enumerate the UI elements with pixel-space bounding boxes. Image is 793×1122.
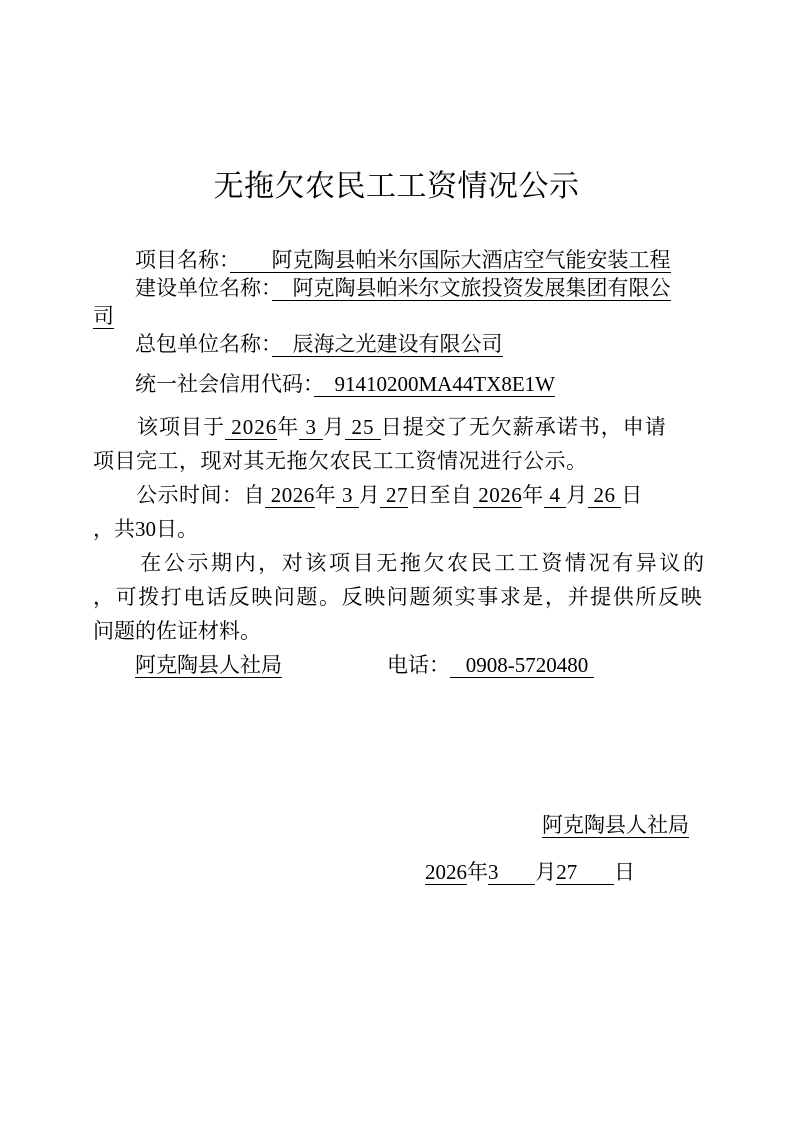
text-segment: 统一社会信用代码： xyxy=(93,372,314,396)
underlined-field: 司 xyxy=(93,304,114,329)
underlined-field: 25 xyxy=(345,415,381,440)
text-segment: 公示时间：自 xyxy=(93,483,265,507)
text-segment: ，共30日。 xyxy=(93,517,198,541)
text-segment: 项目名称： xyxy=(93,248,230,272)
text-segment: 电话： xyxy=(387,653,450,677)
objection-line-3: 问题的佐证材料。 xyxy=(93,614,700,648)
text-segment: 问题的佐证材料。 xyxy=(93,619,261,643)
underlined-field: 3 xyxy=(299,415,323,440)
underlined-field: 2026 xyxy=(473,483,523,508)
submission-line: 该项目于 2026年 3 月 25 日提交了无欠薪承诺书，申请 xyxy=(93,410,700,444)
document-title: 无拖欠农民工工资情况公示 xyxy=(0,0,793,203)
text-segment: 月 xyxy=(323,415,345,439)
text-segment xyxy=(93,653,135,677)
publicity-period-wrap-line: ，共30日。 xyxy=(93,512,700,546)
underlined-field: 3 xyxy=(488,860,535,885)
signature-date: 2026年3 月27 日 xyxy=(93,855,700,889)
publicity-period-line: 公示时间：自 2026年 3 月 27日至自 2026年 4 月 26 日 xyxy=(93,478,700,512)
text-segment: 日 xyxy=(621,483,643,507)
builder-name-line: 建设单位名称： 阿克陶县帕米尔文旅投资发展集团有限公 xyxy=(93,274,700,302)
objection-line-1: 在公示期内，对该项目无拖欠农民工工资情况有异议的 xyxy=(93,546,700,580)
signature-org: 阿克陶县人社局 xyxy=(542,813,689,838)
builder-name-wrap-line: 司 xyxy=(93,302,700,330)
text-segment: 在公示期内，对该项目无拖欠农民工工资情况有异议的 xyxy=(93,551,707,575)
document-page: 无拖欠农民工工资情况公示 项目名称： 阿克陶县帕米尔国际大酒店空气能安装工程 建… xyxy=(0,0,793,1122)
underlined-field: 26 xyxy=(588,483,622,508)
text-segment: 该项目于 xyxy=(93,415,225,439)
text-segment: 项目完工，现对其无拖欠农民工工资情况进行公示。 xyxy=(93,449,588,473)
text-segment: 日至自 xyxy=(408,483,473,507)
credit-code-line: 统一社会信用代码： 91410200MA44TX8E1W xyxy=(93,370,700,398)
objection-line-2: ，可拨打电话反映问题。反映问题须实事求是，并提供所反映 xyxy=(93,580,700,614)
underlined-field: 2026 xyxy=(425,860,467,885)
text-segment: 年 xyxy=(315,483,337,507)
submission-wrap-line: 项目完工，现对其无拖欠农民工工资情况进行公示。 xyxy=(93,444,700,478)
underlined-field: 2026 xyxy=(225,415,277,440)
text-segment: 日提交了无欠薪承诺书，申请 xyxy=(381,415,667,439)
underlined-field: 0908-5720480 xyxy=(450,653,594,678)
underlined-field: 27 xyxy=(556,860,614,885)
underlined-field: 2026 xyxy=(265,483,315,508)
underlined-field: 4 xyxy=(544,483,567,508)
text-segment: 年 xyxy=(467,860,488,884)
underlined-field: 阿克陶县帕米尔国际大酒店空气能安装工程 xyxy=(230,248,671,273)
underlined-field: 阿克陶县人社局 xyxy=(135,653,282,678)
text-segment: 日 xyxy=(614,860,635,884)
text-segment: 年 xyxy=(277,415,299,439)
contractor-name-line: 总包单位名称： 辰海之光建设有限公司 xyxy=(93,330,700,358)
signature-block: 阿克陶县人社局 xyxy=(93,808,700,842)
text-segment: 月 xyxy=(535,860,556,884)
text-segment: 年 xyxy=(522,483,544,507)
contact-line: 阿克陶县人社局 电话： 0908-5720480 xyxy=(93,648,700,682)
text-segment xyxy=(282,653,387,677)
underlined-field: 辰海之光建设有限公司 xyxy=(272,332,503,357)
text-segment: 总包单位名称： xyxy=(93,332,272,356)
underlined-field: 阿克陶县帕米尔文旅投资发展集团有限公 xyxy=(272,276,671,301)
text-segment: 月 xyxy=(566,483,588,507)
underlined-field: 27 xyxy=(380,483,408,508)
text-segment: ，可拨打电话反映问题。反映问题须实事求是，并提供所反映 xyxy=(93,585,703,609)
underlined-field: 91410200MA44TX8E1W xyxy=(314,372,555,397)
text-segment: 月 xyxy=(359,483,381,507)
document-body: 项目名称： 阿克陶县帕米尔国际大酒店空气能安装工程 建设单位名称： 阿克陶县帕米… xyxy=(93,246,700,682)
underlined-field: 3 xyxy=(336,483,359,508)
text-segment: 建设单位名称： xyxy=(93,276,272,300)
project-name-line: 项目名称： 阿克陶县帕米尔国际大酒店空气能安装工程 xyxy=(93,246,700,274)
